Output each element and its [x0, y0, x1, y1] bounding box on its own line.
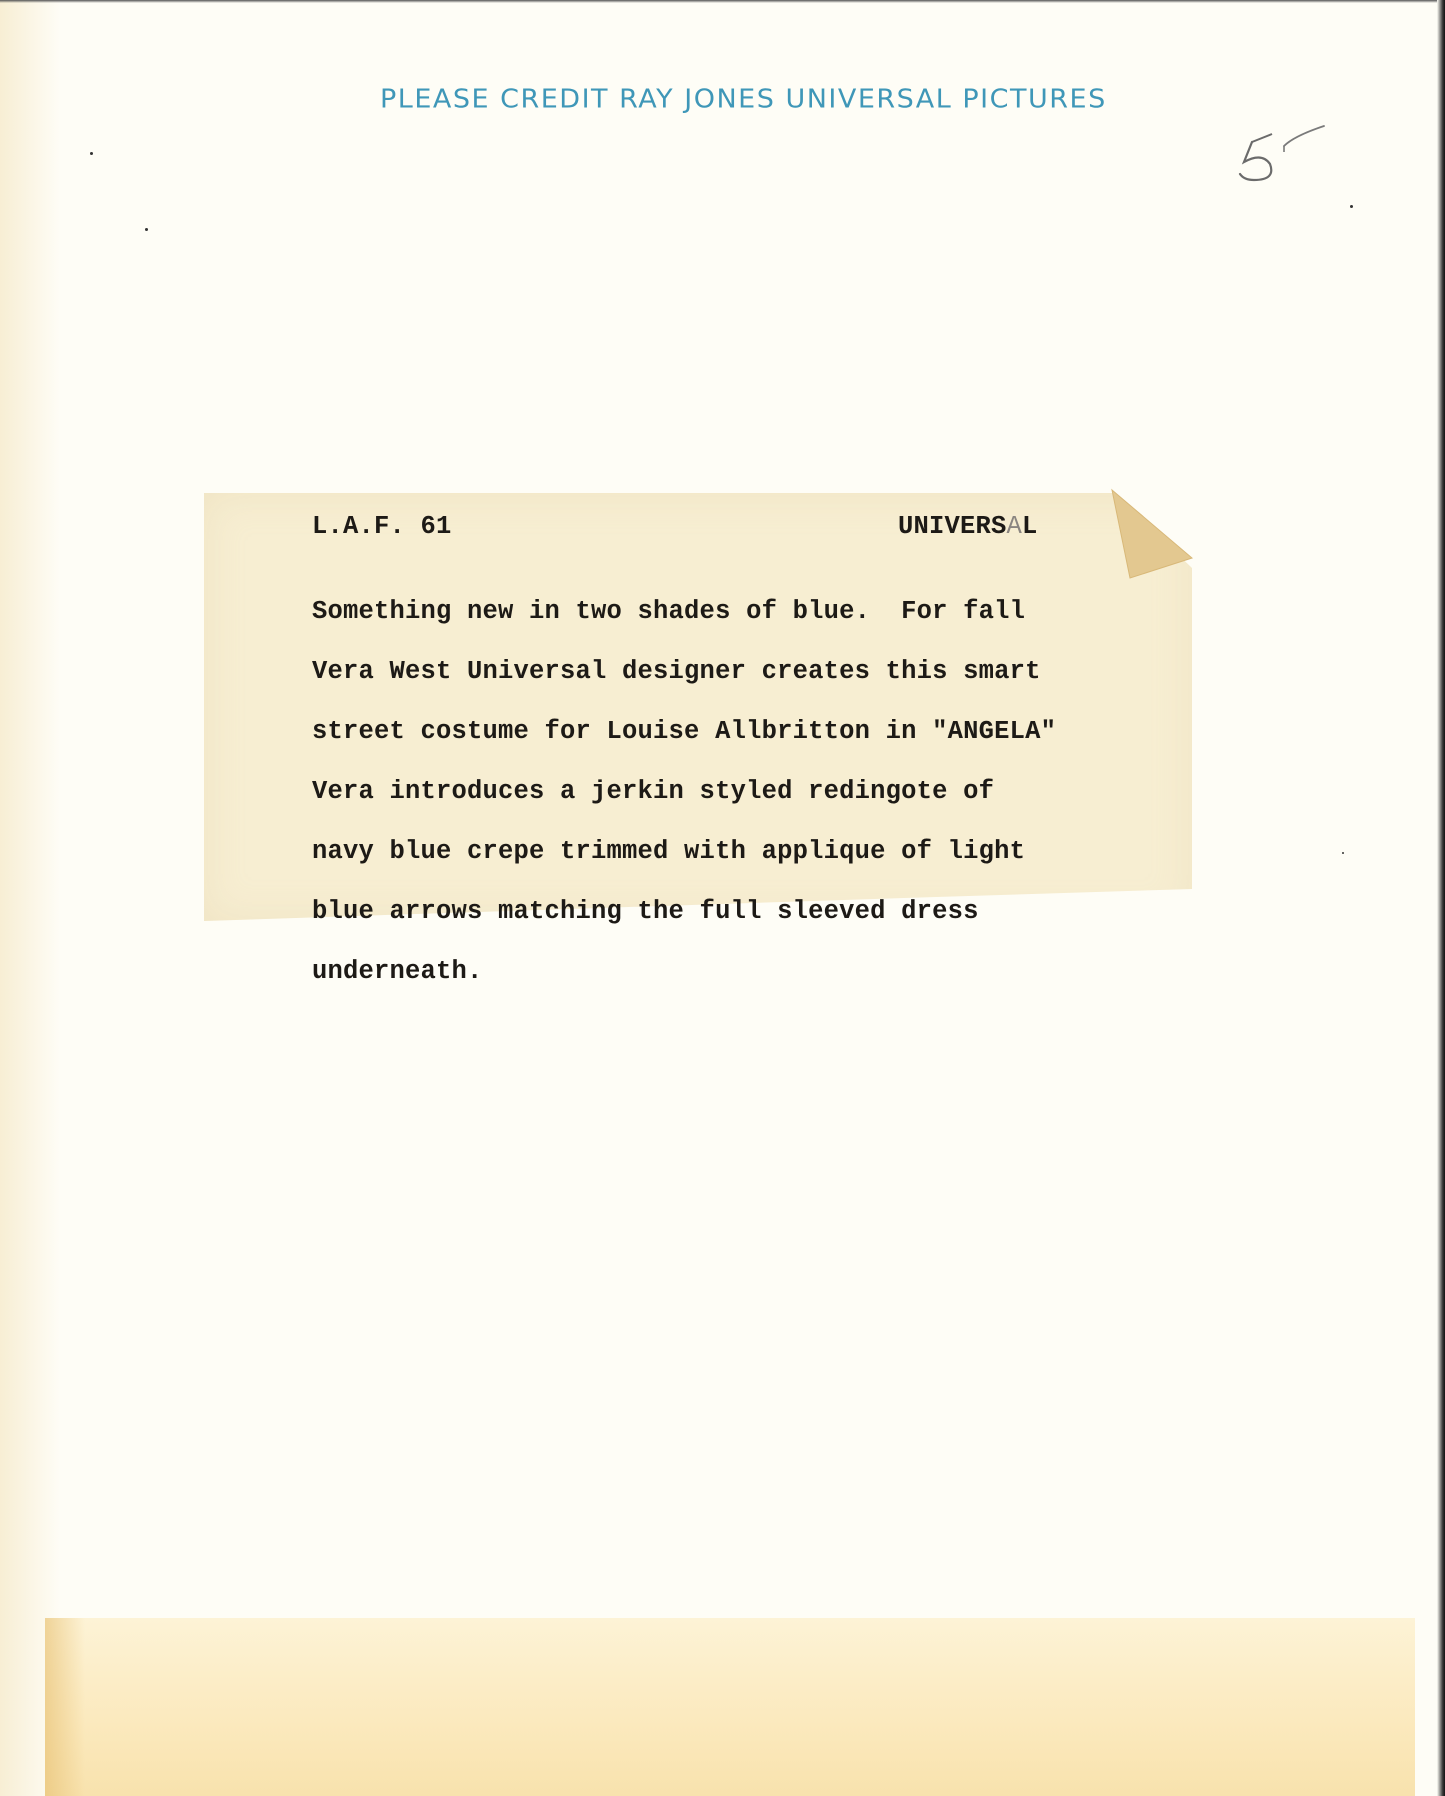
caption-body: Something new in two shades of blue. For…: [312, 567, 1056, 1017]
studio-text-end: L: [1022, 512, 1038, 541]
dust-speck: [1342, 852, 1344, 854]
page-edge-right: [1437, 0, 1445, 1796]
studio-faded-letter: A: [1007, 512, 1023, 541]
dust-speck: [145, 228, 148, 231]
caption-line: underneath.: [312, 957, 1056, 987]
caption-line: Vera introduces a jerkin styled redingot…: [312, 777, 1056, 807]
caption-reference-id: L.A.F. 61: [312, 512, 452, 542]
caption-line: blue arrows matching the full sleeved dr…: [312, 897, 1056, 927]
caption-studio-name: UNIVERSAL: [898, 512, 1038, 542]
page-edge-top: [0, 0, 1445, 3]
pencil-number-annotation: [1232, 122, 1332, 192]
caption-line: Something new in two shades of blue. For…: [312, 597, 1056, 627]
studio-text: UNIVERS: [898, 512, 1007, 541]
caption-line: navy blue crepe trimmed with applique of…: [312, 837, 1056, 867]
caption-line: Vera West Universal designer creates thi…: [312, 657, 1056, 687]
paper-discoloration: [45, 1618, 1415, 1796]
dust-speck: [1350, 205, 1353, 208]
credit-stamp: PLEASE CREDIT RAY JONES UNIVERSAL PICTUR…: [380, 85, 1107, 114]
folded-corner: [1108, 486, 1194, 582]
paper-stain: [0, 0, 60, 1796]
dust-speck: [90, 152, 93, 155]
caption-line: street costume for Louise Allbritton in …: [312, 717, 1056, 747]
